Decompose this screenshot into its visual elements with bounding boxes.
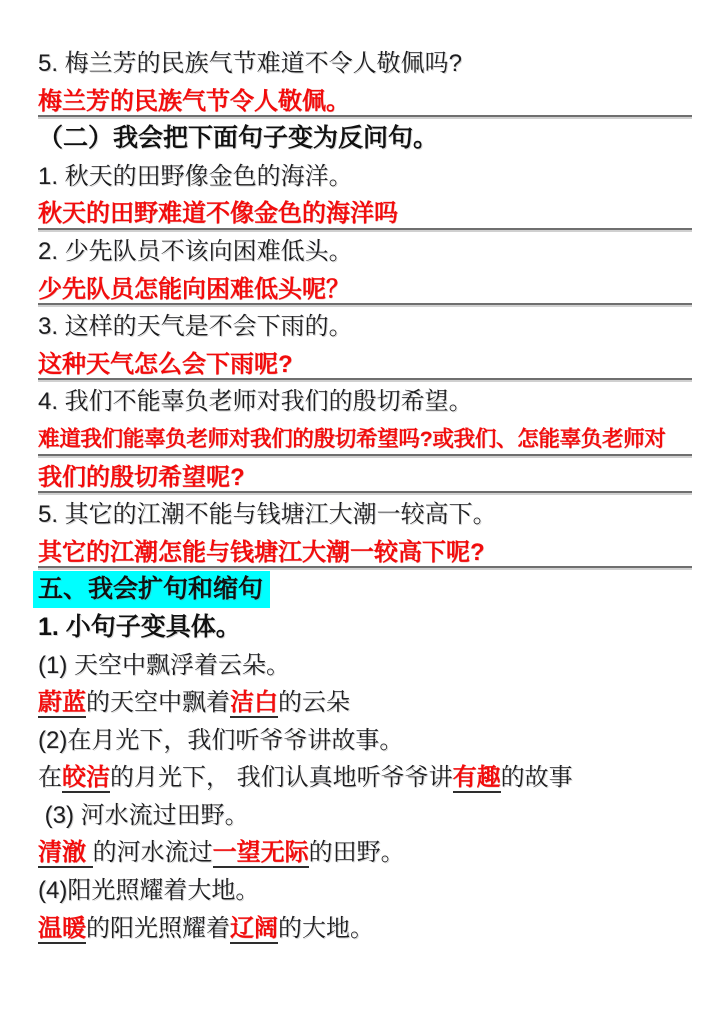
- answer-text: 秋天的田野难道不像金色的海洋吗: [38, 200, 398, 227]
- question-line: (4)阳光照耀着大地。: [38, 872, 692, 910]
- body-text: 五、我会扩句和缩句: [33, 571, 270, 608]
- answer-text: 温暖: [38, 915, 86, 944]
- body-text: 的云朵: [278, 689, 350, 716]
- answer-text: 难道我们能辜负老师对我们的殷切希望吗?或我们、怎能辜负老师对: [38, 427, 666, 451]
- body-text: (3) 河水流过田野。: [38, 802, 249, 829]
- question-line: 4. 我们不能辜负老师对我们的殷切希望。: [38, 383, 692, 421]
- answer-line: 这种天气怎么会下雨呢?: [38, 346, 692, 384]
- answer-text: 清澈: [38, 839, 93, 868]
- body-text: （二）我会把下面句子变为反问句。: [38, 124, 438, 152]
- answer-line: 我们的殷切希望呢?: [38, 459, 692, 497]
- body-text: 5. 梅兰芳的民族气节难道不令人敬佩吗?: [38, 50, 462, 77]
- worksheet-page: 5. 梅兰芳的民族气节难道不令人敬佩吗?梅兰芳的民族气节令人敬佩。（二）我会把下…: [0, 0, 724, 1024]
- answer-line: 少先队员怎能向困难低头呢？: [38, 271, 692, 309]
- body-text: 的大地。: [278, 915, 374, 942]
- question-line: 5. 其它的江潮不能与钱塘江大潮一较高下。: [38, 496, 692, 534]
- answer-line-inline: 在皎洁的月光下， 我们认真地听爷爷讲有趣的故事: [38, 759, 692, 797]
- section-heading: 1. 小句子变具体。: [38, 609, 692, 647]
- body-text: 1. 秋天的田野像金色的海洋。: [38, 163, 353, 190]
- question-line: 2. 少先队员不该向困难低头。: [38, 233, 692, 271]
- question-line: 3. 这样的天气是不会下雨的。: [38, 308, 692, 346]
- question-line: (1) 天空中飘浮着云朵。: [38, 647, 692, 685]
- answer-text: 蔚蓝: [38, 689, 86, 718]
- answer-text: 洁白: [230, 689, 278, 718]
- answer-line: 秋天的田野难道不像金色的海洋吗: [38, 195, 692, 233]
- body-text: (1) 天空中飘浮着云朵。: [38, 652, 290, 679]
- answer-text: 其它的江潮怎能与钱塘江大潮一较高下呢?: [38, 539, 485, 566]
- question-line: 5. 梅兰芳的民族气节难道不令人敬佩吗?: [38, 45, 692, 83]
- body-text: 的阳光照耀着: [86, 915, 230, 942]
- answer-text: 皎洁: [62, 764, 110, 793]
- answer-line: 难道我们能辜负老师对我们的殷切希望吗?或我们、怎能辜负老师对: [38, 421, 692, 459]
- section-heading: （二）我会把下面句子变为反问句。: [38, 120, 692, 158]
- question-line: (2)在月光下，我们听爷爷讲故事。: [38, 722, 692, 760]
- body-text: 在: [38, 764, 62, 791]
- body-text: 5. 其它的江潮不能与钱塘江大潮一较高下。: [38, 501, 497, 528]
- answer-line: 梅兰芳的民族气节令人敬佩。: [38, 83, 692, 121]
- answer-line-inline: 温暖的阳光照耀着辽阔的大地。: [38, 910, 692, 948]
- body-text: (2)在月光下，我们听爷爷讲故事。: [38, 727, 403, 754]
- body-text: 2. 少先队员不该向困难低头。: [38, 238, 353, 265]
- answer-text: 这种天气怎么会下雨呢?: [38, 351, 293, 378]
- body-text: 的月光下， 我们认真地听爷爷讲: [110, 764, 453, 791]
- highlighted-section-heading: 五、我会扩句和缩句: [38, 571, 692, 609]
- answer-line-inline: 蔚蓝的天空中飘着洁白的云朵: [38, 684, 692, 722]
- question-line: 1. 秋天的田野像金色的海洋。: [38, 158, 692, 196]
- answer-text: 有趣: [453, 764, 501, 793]
- body-text: 的河水流过: [93, 839, 213, 866]
- answer-line: 其它的江潮怎能与钱塘江大潮一较高下呢?: [38, 534, 692, 572]
- question-line: (3) 河水流过田野。: [38, 797, 692, 835]
- body-text: 的天空中飘着: [86, 689, 230, 716]
- answer-line-inline: 清澈 的河水流过一望无际的田野。: [38, 834, 692, 872]
- body-text: 的田野。: [309, 839, 405, 866]
- answer-text: 梅兰芳的民族气节令人敬佩。: [38, 88, 350, 115]
- body-text: 3. 这样的天气是不会下雨的。: [38, 313, 353, 340]
- body-text: 的故事: [501, 764, 573, 791]
- body-text: 1. 小句子变具体。: [38, 613, 241, 641]
- body-text: 4. 我们不能辜负老师对我们的殷切希望。: [38, 388, 473, 415]
- answer-text: 一望无际: [213, 839, 309, 868]
- answer-text: 辽阔: [230, 915, 278, 944]
- answer-text: 少先队员怎能向困难低头呢？: [38, 276, 350, 303]
- body-text: (4)阳光照耀着大地。: [38, 877, 259, 904]
- answer-text: 我们的殷切希望呢?: [38, 464, 245, 491]
